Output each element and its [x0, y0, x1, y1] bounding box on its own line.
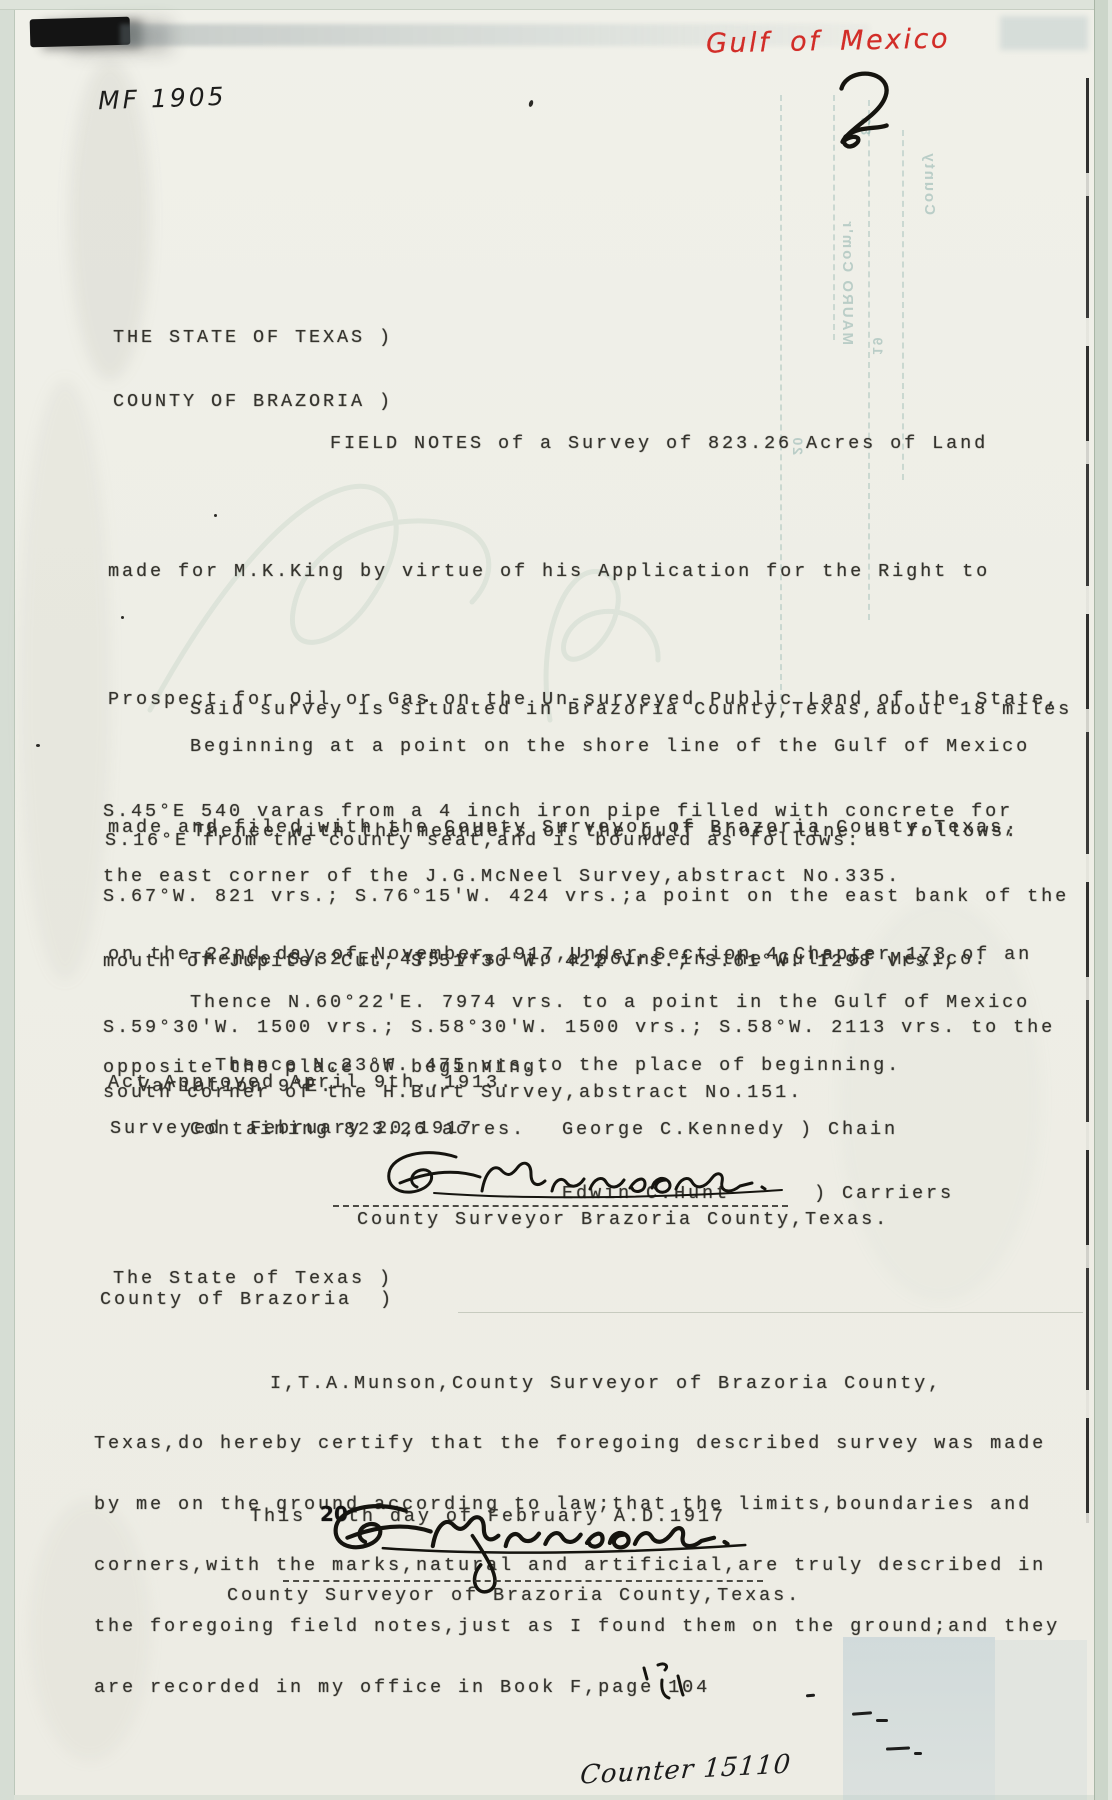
ink-mark: [876, 1719, 888, 1722]
page-edge-ink-line: [1086, 78, 1089, 1523]
surveyed-line: Surveyed February 20,1917: [110, 1118, 474, 1139]
cert-line: the foregoing field notes,just as I foun…: [94, 1617, 1060, 1637]
gulf-of-mexico-label: Gulf of Mexico: [706, 23, 951, 59]
cert-line: I,T.A.Munson,County Surveyor of Brazoria…: [94, 1374, 1060, 1394]
cert-line: Texas,do hereby certify that the foregoi…: [94, 1434, 1060, 1454]
signature-rule: [333, 1205, 788, 1207]
date-prefix: This: [250, 1506, 320, 1527]
body-line: Beginning at a point on the shore line o…: [103, 736, 1030, 758]
crew-line: George C.Kennedy ) Chain: [562, 1119, 954, 1140]
scan-patch-bottom-right-2: [995, 1640, 1087, 1800]
body-line: FIELD NOTES of a Survey of 823.26 Acres …: [108, 423, 1060, 466]
page-number-script: [833, 68, 891, 146]
munson-signature: [378, 1146, 788, 1212]
scan-patch-bottom-right: [843, 1637, 995, 1800]
mf-number-label: MF 1905: [98, 82, 227, 115]
surveyor-title-line-2: County Surveyor of Brazoria County,Texas…: [227, 1585, 801, 1606]
munson-signature-2: [322, 1494, 754, 1594]
surveyor-title-line: County Surveyor Brazoria County,Texas.: [357, 1209, 889, 1230]
body-line: made for M.K.King by virtue of his Appli…: [108, 551, 1060, 594]
stamp-text-commissioner: MAURO Com'r: [839, 219, 856, 345]
scan-edge-top: [0, 0, 1112, 10]
body-line: Thence N.60°22'E. 7974 vrs. to a point i…: [103, 992, 1030, 1014]
scan-edge-right-sliver: [1108, 0, 1112, 1800]
paper-blotch: [20, 380, 110, 980]
ink-speck: [214, 514, 217, 517]
ink-smudge-top-left: [30, 17, 131, 48]
ink-speck: [36, 744, 40, 747]
ink-mark: [914, 1752, 922, 1755]
scan-edge-left: [0, 0, 15, 1800]
body-line: Thence N.23°W. 475 vrs.to the place of b…: [190, 1055, 901, 1076]
caption2-line: The State of Texas ): [113, 1268, 393, 1289]
document-scan: County MAURO Com'r 19 20 83 Gulf of Mexi…: [0, 0, 1112, 1800]
stamp-text-county: County: [921, 151, 938, 215]
scan-patch-top-right: [1000, 16, 1088, 50]
faint-rule: [458, 1312, 1083, 1313]
signature-rule-2: [283, 1580, 763, 1582]
caption2-line: County of Brazoria ): [100, 1289, 394, 1310]
ink-squiggle: [636, 1662, 716, 1722]
ink-speck: [425, 699, 428, 702]
body-line: Thence with the meanders of the gulf sho…: [103, 821, 1069, 843]
ink-speck: [121, 616, 124, 619]
variation-line: Variation 9°E.: [138, 1076, 334, 1097]
